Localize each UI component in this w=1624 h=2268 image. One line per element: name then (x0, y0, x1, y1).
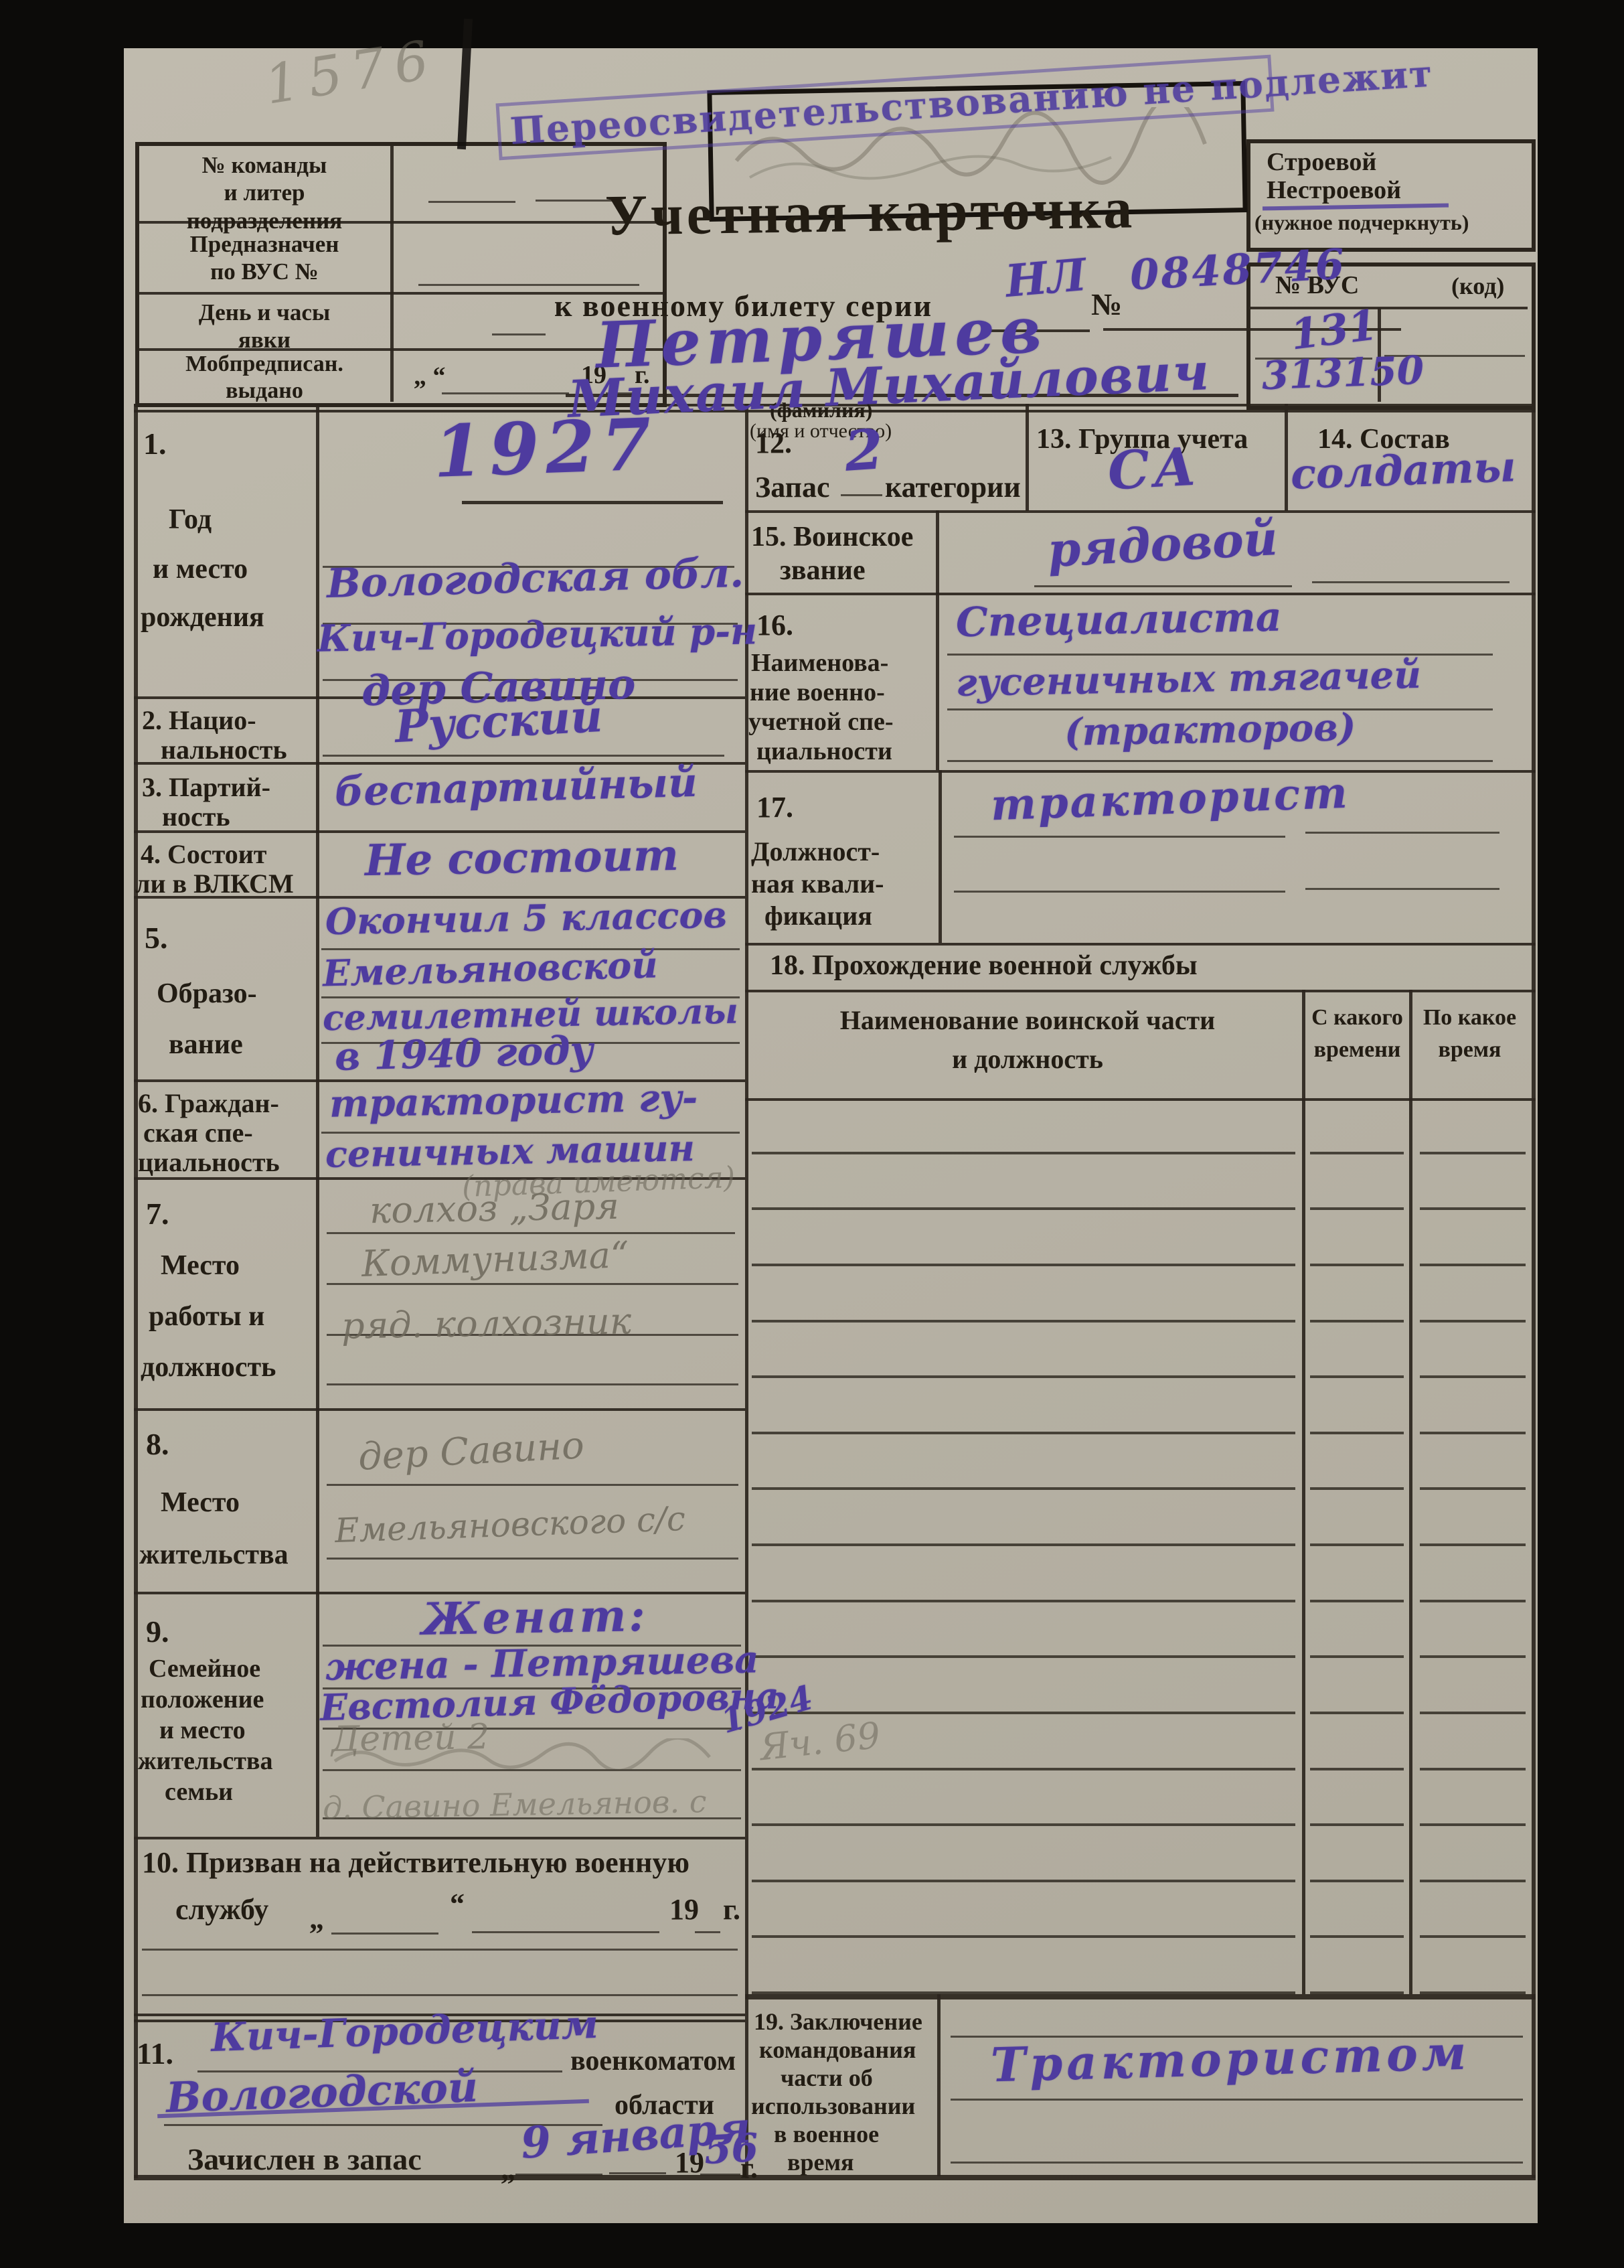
s11-printed-voenkomat: военкоматом (570, 2045, 736, 2078)
s6-label3: циальность (138, 1146, 280, 1178)
service-table-row (745, 1658, 1536, 1714)
service-table-cell (1310, 1154, 1404, 1211)
mob-quotes: „ “ (414, 362, 446, 392)
s4-label2: ли в ВЛКСМ (135, 868, 294, 899)
s10-line2: службу (175, 1892, 268, 1927)
s12-label2: категории (885, 470, 1021, 505)
s10-line1: 10. Призван на действительную военную (142, 1845, 689, 1880)
s18-col3-header2: время (1411, 1037, 1528, 1063)
s9-label4: жительства (138, 1746, 272, 1776)
s17-label2: ная квали- (751, 868, 884, 899)
s8-number: 8. (146, 1426, 169, 1462)
s8-label1: Место (161, 1487, 240, 1520)
s8-label2: жительства (139, 1539, 289, 1572)
s11-quote: „ (501, 2152, 515, 2187)
service-table-row (745, 1882, 1536, 1939)
service-table-cell (1420, 1154, 1526, 1211)
service-table-row (745, 1770, 1536, 1827)
s6-civil-specialty-line2: сеничных машин (325, 1130, 696, 1173)
s16-specialty-line1: Специалиста (956, 597, 1283, 643)
s1-birth-year: 1927 (400, 408, 690, 489)
service-table-cell (1310, 1714, 1404, 1770)
s7-workplace-line1: колхоз „Заря (370, 1189, 620, 1229)
vus-number-2: 313150 (1261, 351, 1425, 395)
s18-col2-header2: времени (1305, 1037, 1409, 1063)
s18-col2-header: С какого (1305, 1004, 1409, 1031)
s6-civil-specialty-line1: тракторист гу- (329, 1079, 698, 1123)
s19-label2: командования (759, 2036, 916, 2064)
s19-label5: в военное (774, 2120, 879, 2148)
service-table-cell (1310, 1602, 1404, 1659)
s9-wife-line2: Евстолия Фёдоровна (319, 1677, 779, 1726)
service-table-cell (1420, 1266, 1526, 1322)
service-table-cell (1420, 1322, 1526, 1379)
drill-note: (нужное подчеркнуть) (1254, 210, 1469, 236)
service-table-cell (752, 1770, 1295, 1827)
s16-specialty-line2: гусеничных тягачей (956, 656, 1422, 702)
s5-education-line4: в 1940 году (334, 1031, 594, 1076)
service-table-cell (1420, 1490, 1526, 1546)
service-table-cell (752, 1490, 1295, 1546)
service-table-cell (752, 1378, 1295, 1434)
service-table-row (745, 1602, 1536, 1659)
s1-label2: и место (153, 553, 248, 587)
drill-line2: Нестроевой (1267, 175, 1401, 206)
service-table-cell (752, 1266, 1295, 1322)
service-table-cell (1420, 1098, 1526, 1154)
service-table-cell (1310, 1378, 1404, 1434)
service-table-cell (1310, 1658, 1404, 1714)
s3-label2: ность (162, 801, 230, 832)
service-table-cell (1310, 1322, 1404, 1379)
s19-label6: время (787, 2148, 854, 2176)
registration-card-scan: 1576 Переосвидетельствованию не подлежит… (0, 0, 1624, 2268)
service-table-cell (752, 1882, 1295, 1939)
service-table-cell (1420, 1714, 1526, 1770)
s4-label1: 4. Состоит (141, 838, 266, 870)
s1-birth-region: Вологодская обл. (326, 553, 744, 604)
service-table-row (745, 1434, 1536, 1491)
pencil-scribble-family (331, 1738, 720, 1769)
s19-label1: 19. Заключение (754, 2008, 922, 2036)
service-table-cell (1310, 1938, 1404, 1994)
s17-number: 17. (756, 790, 793, 825)
s3-party-status: беспартийный (334, 763, 698, 812)
s9-label2: положение (141, 1685, 264, 1715)
s10-quote-close: “ (450, 1887, 465, 1922)
service-table-cell (1310, 1770, 1404, 1827)
vus-kod-header: (код) (1451, 272, 1504, 300)
s9-marital-status: Женат: (421, 1593, 648, 1641)
s10-g: г. (723, 1892, 740, 1927)
s15-label2: звание (780, 554, 866, 588)
ticket-number: 0848746 (1129, 244, 1348, 297)
service-table-cell (1310, 1882, 1404, 1939)
s10-quote-open: „ (309, 1902, 324, 1937)
service-table-cell (1310, 1210, 1404, 1266)
service-table-cell (1310, 1266, 1404, 1322)
s5-number: 5. (145, 920, 168, 956)
s11-enlisted-label: Зачислен в запас (187, 2141, 422, 2178)
s5-education-line1: Окончил 5 классов (325, 897, 728, 939)
s17-label3: фикация (764, 900, 872, 931)
s5-label1: Образо- (157, 978, 257, 1011)
s19-label3: части об (781, 2064, 873, 2092)
s8-residence-line1: дер Савино (357, 1427, 585, 1477)
s2-nationality: Русский (394, 694, 603, 749)
service-table-cell (752, 1098, 1295, 1154)
s12-label1: Запас (755, 470, 830, 505)
s5-education-line2: Емельяновской (322, 946, 658, 991)
s1-label3: рождения (141, 601, 264, 635)
s7-position: ряд. колхозник (341, 1303, 632, 1345)
s13-group: СА (1107, 441, 1202, 498)
service-table-cell (1420, 1882, 1526, 1939)
s9-family-residence: д. Савино Емельянов. с (323, 1786, 707, 1823)
s4-komsomol-status: Не состоит (364, 834, 679, 883)
s18-col1-header2: и должность (770, 1043, 1285, 1075)
s19-label4: использовании (751, 2092, 915, 2120)
label-report-time: День и часы явки (141, 299, 388, 354)
s18-col1-header: Наименование воинской части (770, 1004, 1285, 1036)
s1-number: 1. (143, 426, 167, 462)
service-table-row (745, 1210, 1536, 1266)
service-table-row (745, 1490, 1536, 1546)
s11-number: 11. (137, 2036, 173, 2072)
s11-year-handwritten: 56 (704, 2128, 760, 2170)
service-table-row (745, 1154, 1536, 1211)
drill-line1: Строевой (1267, 147, 1376, 177)
s7-label3: должность (141, 1351, 276, 1385)
service-table-row (745, 1378, 1536, 1434)
service-table-cell (1310, 1826, 1404, 1882)
s16-number: 16. (756, 608, 793, 643)
s2-label1: 2. Нацио- (142, 704, 256, 736)
s17-qualification: тракторист (990, 772, 1350, 828)
s7-label1: Место (161, 1250, 240, 1283)
s6-label2: ская спе- (143, 1117, 253, 1148)
service-table-cell (752, 1154, 1295, 1211)
service-table-cell (752, 1602, 1295, 1659)
service-table-cell (1310, 1098, 1404, 1154)
s17-label1: Должност- (751, 836, 880, 867)
s1-label1: Год (169, 504, 212, 537)
s3-label1: 3. Партий- (142, 771, 270, 803)
s16-label2: ние военно- (750, 678, 885, 708)
service-table-cell (1310, 1490, 1404, 1546)
s7-number: 7. (146, 1196, 169, 1232)
service-table-cell (1310, 1434, 1404, 1491)
label-mob-order: Мобпредписан. выдано (141, 351, 388, 404)
service-table-cell (752, 1938, 1295, 1994)
service-table-cell (752, 1658, 1295, 1714)
s9-label1: Семейное (149, 1654, 260, 1684)
s7-workplace-line2: Коммунизма“ (361, 1237, 629, 1282)
service-table-cell (752, 1434, 1295, 1491)
service-table-row (745, 1266, 1536, 1322)
s10-year: 19 (669, 1892, 699, 1927)
service-table-cell (752, 1546, 1295, 1602)
service-table-cell (752, 1210, 1295, 1266)
service-table-cell (1420, 1938, 1526, 1994)
s12-number: 12. (755, 426, 792, 461)
s9-label5: семьи (165, 1777, 233, 1807)
service-table-cell (752, 1322, 1295, 1379)
service-table-row (745, 1826, 1536, 1882)
service-table-cell (1420, 1826, 1526, 1882)
number-sign: № (1091, 287, 1122, 323)
s18-col3-header: По какое (1411, 1004, 1528, 1031)
s12-category: 2 (843, 422, 885, 479)
service-table-cell (1310, 1546, 1404, 1602)
s15-rank: рядовой (1046, 515, 1279, 574)
service-table-cell (1420, 1210, 1526, 1266)
service-table-row (745, 1546, 1536, 1602)
service-table-cell (1420, 1434, 1526, 1491)
s1-birth-district: Кич-Городецкий р-н (317, 612, 758, 656)
service-table-cell (752, 1826, 1295, 1882)
s16-label3: учетной спе- (748, 707, 894, 737)
service-table-row (745, 1322, 1536, 1379)
s9-number: 9. (146, 1614, 169, 1650)
vus-number-1: 131 (1289, 304, 1380, 356)
s19-wartime-use: Трактористом (990, 2030, 1471, 2089)
s2-label2: нальность (161, 734, 287, 765)
s15-label1: 15. Воинское (751, 521, 913, 554)
service-table-cell (1420, 1602, 1526, 1659)
s6-label1: 6. Граждан- (138, 1087, 279, 1119)
s16-label1: Наименова- (751, 648, 888, 678)
s18-title: 18. Прохождение военной службы (770, 950, 1198, 983)
service-table-body (745, 1098, 1536, 1994)
service-table-cell (1420, 1546, 1526, 1602)
service-table-cell (1420, 1378, 1526, 1434)
s5-label2: вание (169, 1029, 243, 1062)
service-table-cell (1420, 1770, 1526, 1827)
s7-label2: работы и (149, 1300, 264, 1334)
s9-label3: и место (159, 1716, 246, 1746)
label-assigned-vus: Предназначен по ВУС № (141, 230, 388, 286)
label-team-number: № команды и литер подразделения (141, 151, 388, 234)
service-table-row (745, 1098, 1536, 1154)
service-table-cell (1420, 1658, 1526, 1714)
service-table-row (745, 1938, 1536, 1994)
s16-specialty-line3: (тракторов) (1064, 708, 1356, 751)
s16-label4: циальности (756, 737, 892, 767)
s14-composition: солдаты (1290, 446, 1516, 496)
